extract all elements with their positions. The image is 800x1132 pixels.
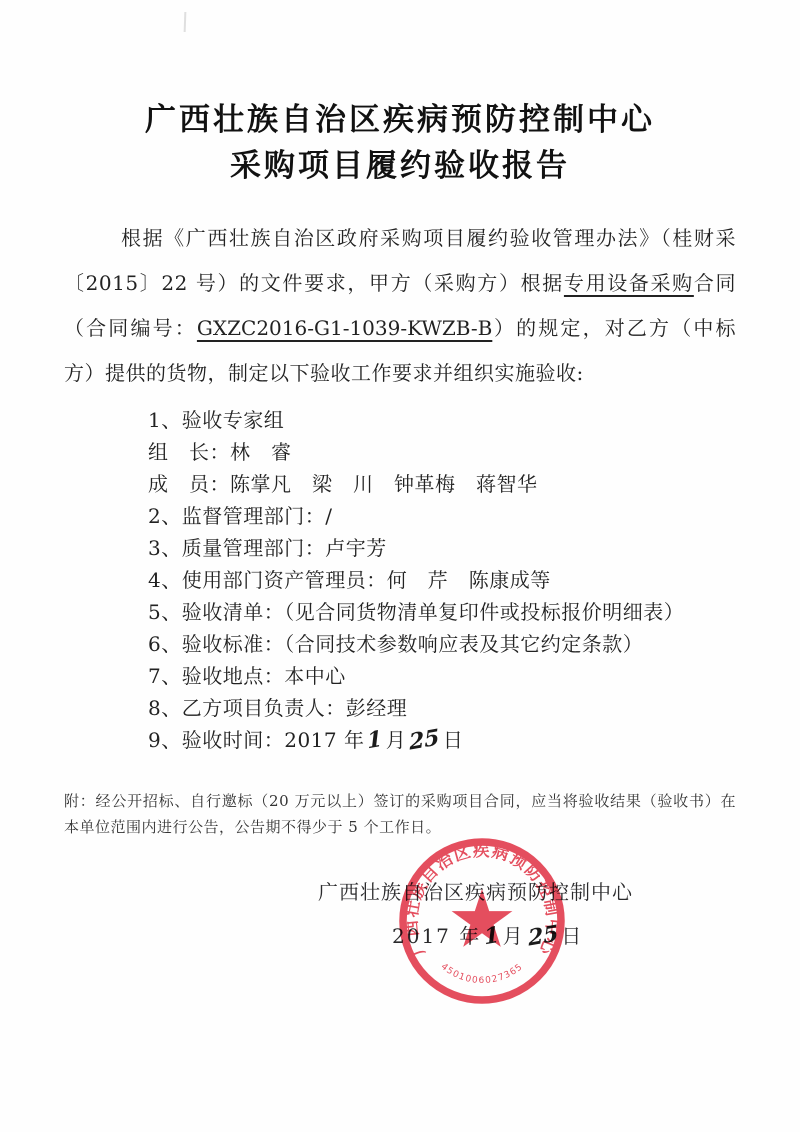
footnote: 附：经公开招标、自行邀标（20 万元以上）签订的采购项目合同，应当将验收结果（验… (64, 788, 736, 840)
list-item: 2、监督管理部门：/ (148, 500, 736, 532)
day-label: 日 (443, 728, 464, 752)
month-label: 月 (386, 728, 407, 752)
month-label: 月 (503, 924, 525, 948)
date-text: 9、验收时间：2017 年 (148, 728, 364, 752)
handwritten-day: 25 (405, 721, 443, 759)
document-page: 广西壮族自治区疾病预防控制中心 采购项目履约验收报告 根据《广西壮族自治区政府采… (0, 0, 800, 1132)
list-item: 1、验收专家组 (148, 404, 736, 436)
list-item: 6、验收标准：（合同技术参数响应表及其它约定条款） (148, 628, 736, 660)
acceptance-list: 1、验收专家组 组 长：林 睿 成 员：陈掌凡 梁 川 钟革梅 蒋智华 2、监督… (148, 404, 736, 756)
body-paragraph: 根据《广西壮族自治区政府采购项目履约验收管理办法》（桂财采〔2015〕22 号）… (64, 216, 736, 396)
list-item: 7、验收地点：本中心 (148, 660, 736, 692)
handwritten-month: 1 (481, 921, 504, 951)
list-item-acceptance-date: 9、验收时间：2017 年1月25日 (148, 724, 736, 756)
signature-organization: 广西壮族自治区疾病预防控制中心 (318, 876, 633, 905)
list-item: 组 长：林 睿 (148, 436, 736, 468)
day-label: 日 (561, 924, 583, 948)
list-item: 5、验收清单：（见合同货物清单复印件或投标报价明细表） (148, 596, 736, 628)
handwritten-day: 25 (524, 920, 562, 952)
list-item: 8、乙方项目负责人：彭经理 (148, 692, 736, 724)
date-year: 2017 年 (392, 924, 481, 948)
signature-date: 2017 年1月25日 (392, 920, 583, 949)
list-item: 3、质量管理部门：卢宇芳 (148, 532, 736, 564)
document-title-line1: 广西壮族自治区疾病预防控制中心 (0, 97, 800, 143)
list-item: 4、使用部门资产管理员：何 芹 陈康成等 (148, 564, 736, 596)
handwritten-month: 1 (364, 722, 387, 758)
underlined-contract-name: 专用设备采购 (564, 271, 694, 295)
seal-code: 4501006027365 (439, 962, 525, 986)
underlined-contract-number: GXZC2016-G1-1039-KWZB-B (197, 316, 492, 340)
list-item: 成 员：陈掌凡 梁 川 钟革梅 蒋智华 (148, 468, 736, 500)
document-title-line2: 采购项目履约验收报告 (0, 143, 800, 189)
title-block: 广西壮族自治区疾病预防控制中心 采购项目履约验收报告 (0, 0, 800, 189)
